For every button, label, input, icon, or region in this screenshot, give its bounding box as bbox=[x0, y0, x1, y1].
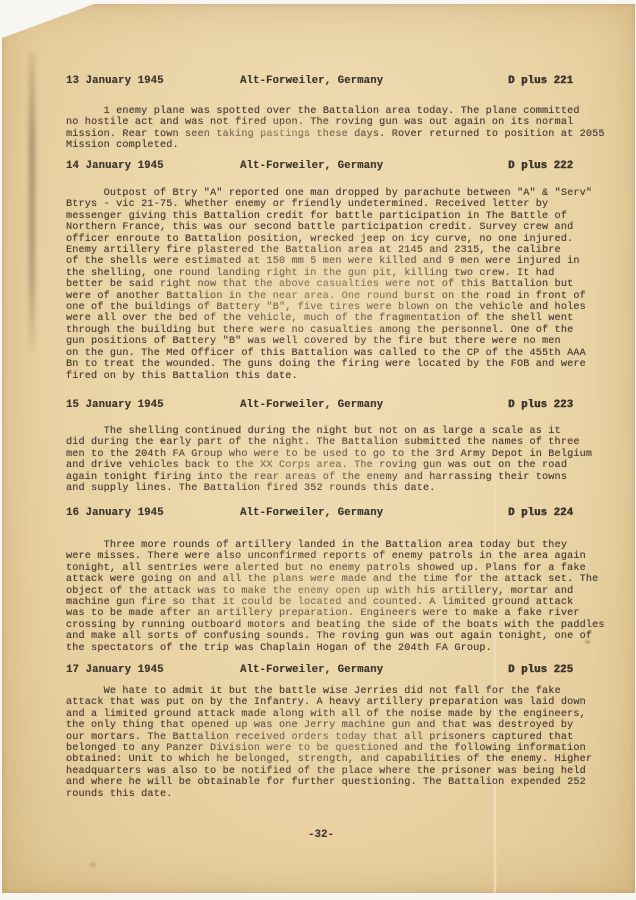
entry-date: 15 January 1945 bbox=[66, 400, 164, 411]
entry-date: 14 January 1945 bbox=[66, 161, 164, 172]
entry-body-16-jan: Three more rounds of artillery landed in… bbox=[66, 540, 618, 654]
entry-header-13-jan: 13 January 1945 Alt-Forweiler, Germany D… bbox=[66, 76, 618, 89]
entry-date: 17 January 1945 bbox=[66, 665, 164, 676]
entry-body-14-jan: Outpost of Btry "A" reported one man dro… bbox=[66, 188, 618, 382]
entry-d-plus: D plus 222 bbox=[508, 161, 573, 172]
entry-location: Alt-Forweiler, Germany bbox=[240, 508, 383, 519]
entry-header-17-jan: 17 January 1945 Alt-Forweiler, Germany D… bbox=[66, 665, 618, 678]
entry-header-16-jan: 16 January 1945 Alt-Forweiler, Germany D… bbox=[66, 508, 618, 521]
entry-location: Alt-Forweiler, Germany bbox=[240, 400, 383, 411]
scanned-page: 13 January 1945 Alt-Forweiler, Germany D… bbox=[0, 0, 636, 900]
entry-header-15-jan: 15 January 1945 Alt-Forweiler, Germany D… bbox=[66, 400, 618, 413]
entry-date: 13 January 1945 bbox=[66, 76, 164, 87]
entry-location: Alt-Forweiler, Germany bbox=[240, 161, 383, 172]
entry-body-17-jan: We hate to admit it but the battle wise … bbox=[66, 686, 618, 800]
entry-body-15-jan: The shelling continued during the night … bbox=[66, 426, 618, 494]
entry-d-plus: D plus 223 bbox=[508, 400, 573, 411]
entry-d-plus: D plus 225 bbox=[508, 665, 573, 676]
page-edge-shadow bbox=[29, 52, 35, 352]
entry-location: Alt-Forweiler, Germany bbox=[240, 665, 383, 676]
page-number: -32- bbox=[66, 830, 576, 841]
entry-location: Alt-Forweiler, Germany bbox=[240, 76, 383, 87]
entry-body-13-jan: 1 enemy plane was spotted over the Batta… bbox=[66, 106, 618, 152]
entry-d-plus: D plus 221 bbox=[508, 76, 573, 87]
entry-header-14-jan: 14 January 1945 Alt-Forweiler, Germany D… bbox=[66, 161, 618, 174]
entry-d-plus: D plus 224 bbox=[508, 508, 573, 519]
entry-date: 16 January 1945 bbox=[66, 508, 164, 519]
